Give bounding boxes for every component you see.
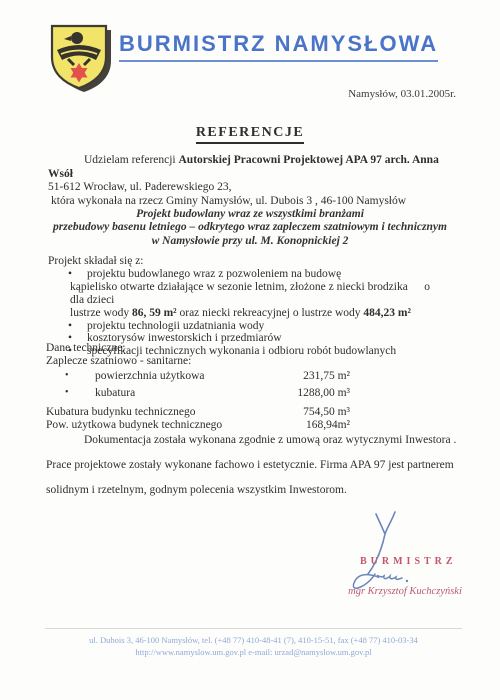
table-row: powierzchnia użytkowa 231,75 m² xyxy=(46,370,458,383)
scope-heading: Projekt składał się z: xyxy=(48,255,458,268)
signature-block: BURMISTRZ mgr Krzysztof Kuchczyński xyxy=(280,500,480,620)
technical-subheading: Zaplecze szatniowo - sanitarne: xyxy=(46,355,458,368)
technical-data-section: Dane techniczne: Zaplecze szatniowo - sa… xyxy=(46,342,458,432)
intro-paragraph: Udzielam referencji Autorskiej Pracowni … xyxy=(48,154,458,208)
header-wordmark: BURMISTRZ NAMYSŁOWA xyxy=(119,31,438,62)
footer: ul. Dubois 3, 46-100 Namysłów, tel. (+48… xyxy=(45,628,462,658)
scope-continuation-1: kąpielisko otwarte działające w sezonie … xyxy=(70,281,430,307)
scope-bullet-2: projektu technologii uzdatniania wody xyxy=(60,320,458,333)
scope-continuation-1-main: kąpielisko otwarte działające w sezonie … xyxy=(70,281,424,307)
project-title-line-2: przebudowy basenu letniego – odkrytego w… xyxy=(0,221,500,234)
stamp-title: BURMISTRZ xyxy=(360,556,457,567)
closing-paragraph-2: Prace projektowe zostały wykonane fachow… xyxy=(46,453,460,503)
row-label: Kubatura budynku technicznego xyxy=(46,406,284,419)
scope-cont2-pre: lustrze wody xyxy=(70,307,132,319)
scope-bullet-1: projektu budowlanego wraz z pozwoleniem … xyxy=(60,268,458,281)
scope-continuation-2: lustrze wody 86, 59 m² oraz niecki rekre… xyxy=(70,307,458,320)
scope-continuation-1-tail: o xyxy=(424,281,430,307)
intro-line-1: Udzielam referencji Autorskiej Pracowni … xyxy=(48,154,458,181)
crest-svg xyxy=(47,21,121,97)
signature-dot xyxy=(406,580,408,582)
closing-paragraph-1: Dokumentacja została wykonana zgodnie z … xyxy=(46,428,460,453)
scope-cont2-mid: oraz niecki rekreacyjnej o lustrze wody xyxy=(177,307,364,319)
row-label: kubatura xyxy=(46,387,284,400)
date-line: Namysłów, 03.01.2005r. xyxy=(0,88,456,100)
table-row: Kubatura budynku technicznego 754,50 m³ xyxy=(46,406,458,419)
water-area-2: 484,23 m² xyxy=(363,307,411,319)
water-area-1: 86, 59 m² xyxy=(132,307,177,319)
title-wrap: REFERENCJE xyxy=(0,123,500,144)
footer-web-line: http://www.namyslow.um.gov.pl e-mail: ur… xyxy=(45,647,462,659)
project-title-line-3: w Namysłowie przy ul. M. Konopnickiej 2 xyxy=(0,235,500,248)
row-value: 231,75 m² xyxy=(284,370,350,383)
table-row: kubatura 1288,00 m³ xyxy=(46,387,458,400)
intro-line-1-text: Udzielam referencji xyxy=(84,154,179,166)
org-name: BURMISTRZ NAMYSŁOWA xyxy=(119,31,438,62)
row-value: 1288,00 m³ xyxy=(284,387,350,400)
project-title-line-1: Projekt budowlany wraz ze wszystkimi bra… xyxy=(0,208,500,221)
intro-line-3: która wykonała na rzecz Gminy Namysłów, … xyxy=(48,195,458,209)
document-title: REFERENCJE xyxy=(196,125,304,144)
intro-line-2: 51-612 Wrocław, ul. Paderewskiego 23, xyxy=(48,181,458,195)
coat-of-arms-icon xyxy=(47,21,121,97)
footer-address-line: ul. Dubois 3, 46-100 Namysłów, tel. (+48… xyxy=(45,635,462,647)
eagle-head xyxy=(71,32,83,44)
row-value: 754,50 m³ xyxy=(284,406,350,419)
project-title: Projekt budowlany wraz ze wszystkimi bra… xyxy=(0,208,500,248)
document-page: BURMISTRZ NAMYSŁOWA Namysłów, 03.01.2005… xyxy=(0,0,500,700)
row-label: powierzchnia użytkowa xyxy=(46,370,284,383)
closing-section: Dokumentacja została wykonana zgodnie z … xyxy=(46,428,460,503)
technical-heading: Dane techniczne: xyxy=(46,342,458,355)
signer-name: mgr Krzysztof Kuchczyński xyxy=(330,586,480,597)
